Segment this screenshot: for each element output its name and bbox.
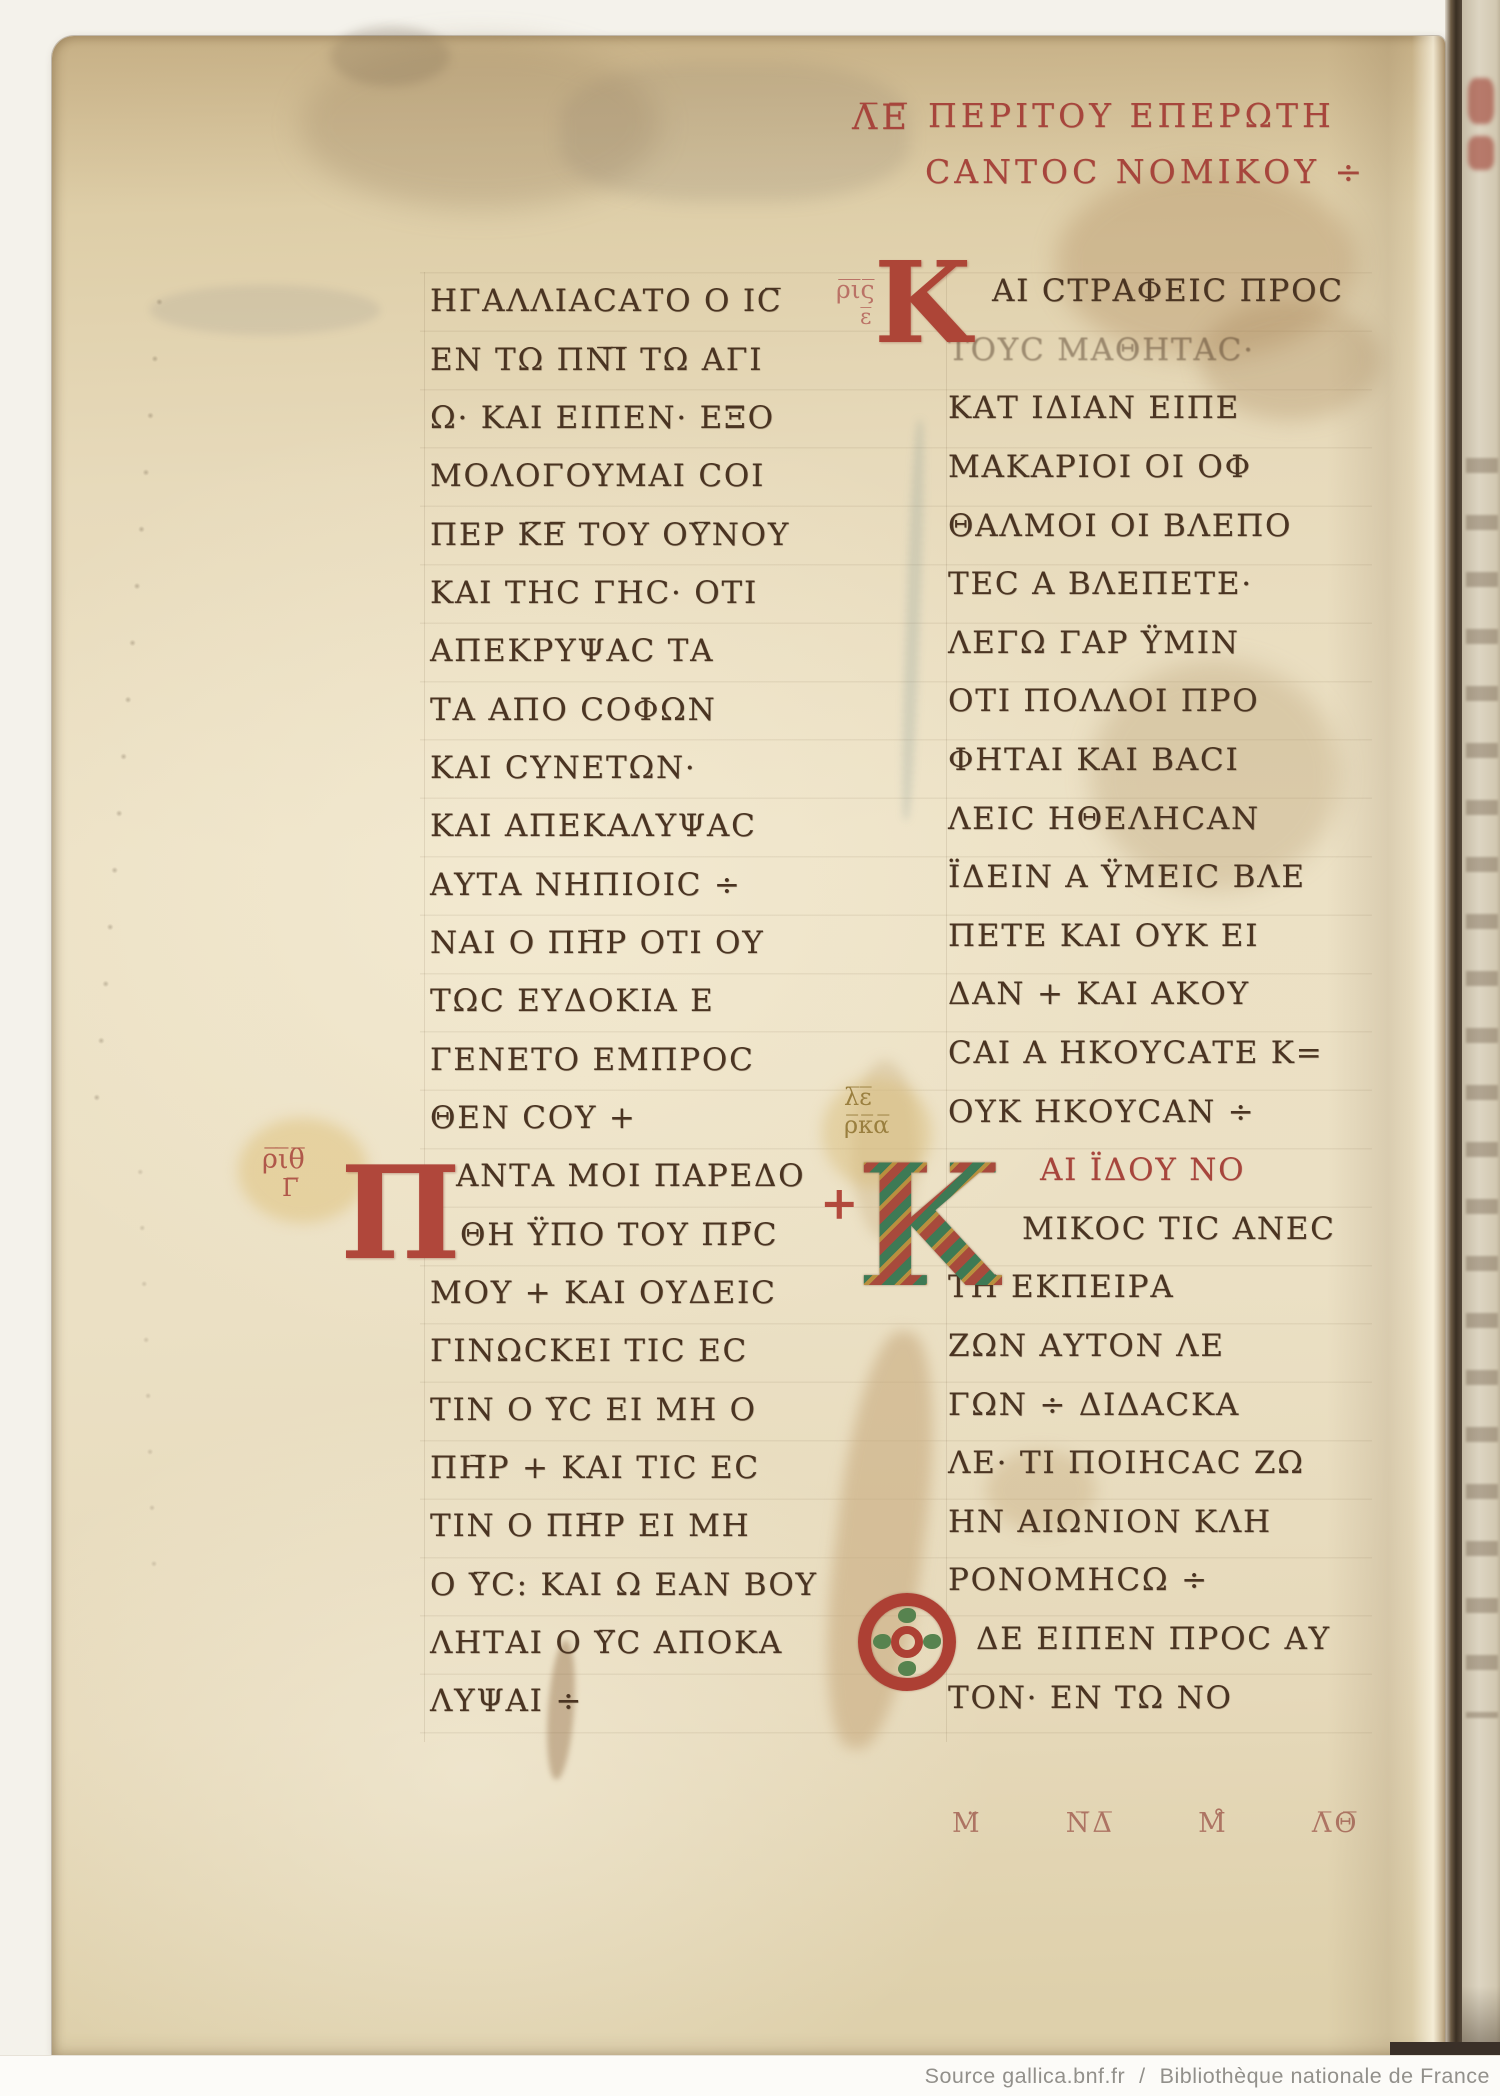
chapter-number: Λ̅Ε̅ [852,98,911,138]
initial-kappa-ornate: Κ [856,1142,1002,1310]
ornament-dot-icon [873,1634,891,1649]
text-line: ΛΗΤΑΙ Ο Υ̅Ϲ ΑΠΟΚΑ [430,1614,830,1672]
facing-text-lines [1466,458,1498,1718]
text-line: ΚΑΙ ϹΥΝΕΤΩΝ· [430,739,830,797]
text-line: ΜΟΥ + ΚΑΙ ΟΥΔΕΙϹ [430,1264,830,1322]
text-line: ΑΙ ϹΤΡΑΦΕΙϹ ΠΡΟϹ [948,262,1388,321]
text-line: ΟΥΚ ΗΚΟΥϹΑΝ ÷ [948,1082,1388,1141]
ruling-vertical-left [424,272,425,1742]
text-line: ΠΗ̅Ρ + ΚΑΙ ΤΙϹ ΕϹ [430,1439,830,1497]
initial-kappa: Κ [874,248,971,360]
text-line: ΔΕ ΕΙΠΕΝ ΠΡΟϹ ΑΥ [948,1610,1388,1669]
text-line: ΚΑΤ ΙΔΙΑΝ ΕΙΠΕ [948,379,1388,438]
footer-institution: Bibliothèque nationale de France [1160,2064,1490,2089]
text-line: ΛΕΓΩ ΓΑΡ ΫΜΙΝ [948,614,1388,673]
canon-number: Γ̅ [262,1175,305,1203]
text-line: ΑΥΤΑ ΝΗΠΙΟΙϹ ÷ [430,855,830,913]
initial-pi: Π [340,1150,461,1278]
ornament-ring-icon [891,1626,923,1658]
text-line: ΦΗΤΑΙ ΚΑΙ ΒΑϹΙ [948,731,1388,790]
text-line: ΚΑΙ ΤΗϹ ΓΗϹ· ΟΤΙ [430,564,830,622]
text-line: ΘΗ ΫΠΟ ΤΟΥ ΠΡ̅Ϲ [430,1206,830,1264]
text-line: ΤΗ ΕΚΠΕΙΡΑ [948,1258,1388,1317]
text-line: ΛΕΙϹ ΗΘΕΛΗϹΑΝ [948,789,1388,848]
manuscript-page: Λ̅Ε̅ ΠΕΡΙΤΟΥ ΕΠΕΡΩΤΗ ϹΑΝΤΟϹ ΝΟΜΙΚΟΥ ÷ ΗΓ… [52,36,1445,2056]
text-line: ΓΙΝΩϹΚΕΙ ΤΙϹ ΕϹ [430,1322,830,1380]
gutter-shadow [1445,0,1462,2056]
text-line: ΟΤΙ ΠΟΛΛΟΙ ΠΡΟ [948,672,1388,731]
text-line: ΤΙΝ Ο ΠΗ̅Ρ ΕΙ ΜΗ [430,1497,830,1555]
prick-marks-lower [136,1164,159,1584]
ornament-dot-icon [898,1608,916,1623]
text-line: ΡΟΝΟΜΗϹΩ ÷ [948,1551,1388,1610]
text-line: ΤΕϹ Α ΒΛΕΠΕΤΕ· [948,555,1388,614]
ruling-vertical-center [946,272,947,1742]
rubric-title-line2: ϹΑΝΤΟϹ ΝΟΜΙΚΟΥ ÷ [925,152,1366,191]
parallel-passages-note: Μ̈ Ν̅Δ̅ Μ̊ Λ̅Θ̅ [952,1808,1360,1839]
text-line: ΜΙΚΟϹ ΤΙϹ ΑΝΕϹ [948,1200,1388,1259]
text-line: ΑΙ ΪΔΟΥ ΝΟ [948,1141,1388,1200]
facing-rubric-mark [1468,78,1494,124]
footer-separator: / [1139,2064,1145,2089]
text-line: ΗΓΑΛΛΙΑϹΑΤΟ Ο ΙϹ̅ [430,272,830,330]
rubric-title-line1: ΠΕΡΙΤΟΥ ΕΠΕΡΩΤΗ [928,96,1335,135]
text-line: ϹΑΙ Α ΗΚΟΥϹΑΤΕ Κ= [948,1024,1388,1083]
book-edge-shadow [1390,2042,1500,2056]
right-text-column: ΑΙ ϹΤΡΑΦΕΙϹ ΠΡΟϹΤΟΥϹ ΜΑΘΗΤΑϹ·ΚΑΤ ΙΔΙΑΝ Ε… [948,262,1388,1727]
canon-number: ε̅ [836,305,875,330]
marginal-section-119: ρ̅ι̅θ̅Γ̅ [262,1144,305,1203]
text-line: ΤΙΝ Ο Υ̅Ϲ ΕΙ ΜΗ Ο [430,1381,830,1439]
text-line: ΤΩϹ ΕΥΔΟΚΙΑ Ε [430,972,830,1030]
text-line: ΝΑΙ Ο ΠΗ̅Ρ ΟΤΙ ΟΥ [430,914,830,972]
section-number: ρ̅ι̅ς̅ [836,275,875,304]
initial-omicron-ornate [858,1593,956,1691]
red-cross-icon: + [820,1176,859,1230]
prick-marks [89,294,164,1152]
facing-rubric-mark [1468,136,1494,170]
text-line: ΘΕΝ ϹΟΥ + [430,1089,830,1147]
text-line: Ο Υ̅Ϲ: ΚΑΙ Ω ΕΑΝ ΒΟΥ [430,1556,830,1614]
text-line: ΕΝ ΤΩ ΠΝ̅Ι̅ ΤΩ ΑΓΙ [430,330,830,388]
text-line: ΓΩΝ ÷ ΔΙΔΑϹΚΑ [948,1375,1388,1434]
text-line: ΑΝΤΑ ΜΟΙ ΠΑΡΕΔΟ [430,1147,830,1205]
section-number: ρ̅ι̅θ̅ [262,1144,305,1175]
text-line: ΠΕΤΕ ΚΑΙ ΟΥΚ ΕΙ [948,907,1388,966]
ornament-dot-icon [923,1634,941,1649]
text-line: ΘΑΛΜΟΙ ΟΙ ΒΛΕΠΟ [948,496,1388,555]
show-through [150,285,380,335]
manuscript-photo: Λ̅Ε̅ ΠΕΡΙΤΟΥ ΕΠΕΡΩΤΗ ϹΑΝΤΟϹ ΝΟΜΙΚΟΥ ÷ ΗΓ… [0,0,1500,2056]
text-line: ΚΑΙ ΑΠΕΚΑΛΥΨΑϹ [430,797,830,855]
kephalaion-number: λ̅ε̅ [844,1083,872,1111]
text-line: ΤΟΥϹ ΜΑΘΗΤΑϹ· [948,321,1388,380]
text-line: ΜΑΚΑΡΙΟΙ ΟΙ ΟΦ [948,438,1388,497]
footer-bar: Source gallica.bnf.fr / Bibliothèque nat… [0,2055,1500,2096]
ornament-dot-icon [898,1661,916,1676]
text-line: ΑΠΕΚΡΥΨΑϹ ΤΑ [430,622,830,680]
text-line: ΔΑΝ + ΚΑΙ ΑΚΟΥ [948,965,1388,1024]
text-line: ΠΕΡ Κ̅Ε̅ ΤΟΥ ΟΥ̅ΝΟΥ [430,505,830,563]
text-line: ΤΑ ΑΠΟ ϹΟΦΩΝ [430,680,830,738]
text-line: ΛΕ· ΤΙ ΠΟΙΗϹΑϹ ΖΩ [948,1434,1388,1493]
text-line: ΪΔΕΙΝ Α ΫΜΕΙϹ ΒΛΕ [948,848,1388,907]
footer-source: Source gallica.bnf.fr [925,2064,1126,2089]
marginal-section-116: ρ̅ι̅ς̅ε̅ [836,276,875,330]
text-line: ΖΩΝ ΑΥΤΟΝ ΛΕ [948,1317,1388,1376]
text-line: ΗΝ ΑΙΩΝΙΟΝ ΚΛΗ [948,1492,1388,1551]
left-text-column: ΗΓΑΛΛΙΑϹΑΤΟ Ο ΙϹ̅ΕΝ ΤΩ ΠΝ̅Ι̅ ΤΩ ΑΓΙΩ· ΚΑ… [430,272,830,1731]
text-line: Ω· ΚΑΙ ΕΙΠΕΝ· ΕΞΟ [430,389,830,447]
page-fold-shading [1327,36,1445,2056]
text-line: ΤΟΝ· ΕΝ ΤΩ ΝΟ [948,1668,1388,1727]
text-line: ΜΟΛΟΓΟΥΜΑΙ ϹΟΙ [430,447,830,505]
text-line: ΛΥΨΑΙ ÷ [430,1672,830,1730]
text-line: ΓΕΝΕΤΟ ΕΜΠΡΟϹ [430,1030,830,1088]
facing-page-sliver [1462,0,1500,2056]
